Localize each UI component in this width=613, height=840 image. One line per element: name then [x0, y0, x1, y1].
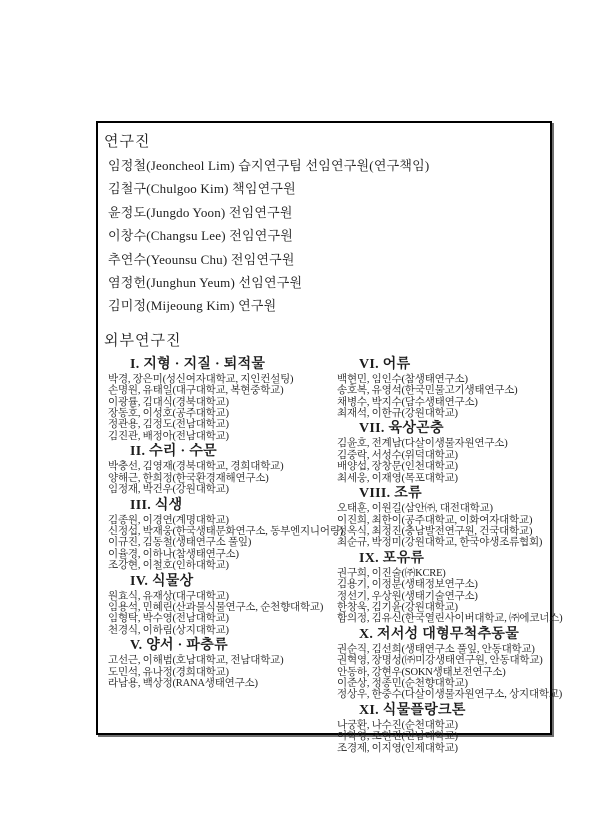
external-member-line: 천경식, 이하림(상지대학교) — [108, 625, 325, 636]
external-member-line: 원효식, 유재상(대구대학교) — [108, 591, 325, 602]
external-member-line: 조경제, 이지영(인제대학교) — [337, 743, 548, 754]
section-title-geomorphology: I. 지형 · 지질 · 퇴적물 — [130, 357, 325, 372]
external-member-line: 라남용, 백상정(RANA생태연구소) — [108, 678, 325, 689]
external-member-line: 함의정, 김유신(한국열린사이버대학교, ㈜에코너스) — [337, 613, 548, 624]
internal-member-line: 김미정(Mijeoung Kim) 연구원 — [108, 294, 548, 317]
external-member-line: 신정섭, 박재웅(한국생태문화연구소, 동부엔지니어링) — [108, 526, 325, 537]
external-member-line: 이규진, 김동철(생태연구소 풀잎) — [108, 537, 325, 548]
external-member-line: 김진관, 배정아(전남대학교) — [108, 431, 325, 442]
external-member-line: 권순직, 김선희(생태연구소 풀잎, 안동대학교) — [337, 644, 548, 655]
external-member-line: 최세웅, 이재영(목포대학교) — [337, 473, 548, 484]
external-member-line: 나궁환, 나수진(순천대학교) — [337, 720, 548, 731]
external-team-title: 외부연구진 — [104, 332, 548, 350]
external-member-line: 김윤호, 전계남(다살이생물자원연구소) — [337, 438, 548, 449]
internal-member-line: 이창수(Changsu Lee) 전임연구원 — [108, 224, 548, 247]
external-columns: I. 지형 · 지질 · 퇴적물 박경, 장은미(성신여자대학교, 지인컨설팅)… — [102, 355, 548, 754]
external-member-line: 이학영, 조현진(전남대학교) — [337, 731, 548, 742]
external-member-line: 채병수, 박지수(담수생태연구소) — [337, 397, 548, 408]
section-title-terrestrial-insects: VII. 육상곤충 — [359, 421, 548, 436]
external-member-line: 권구희, 이진술(㈜KCRE) — [337, 568, 548, 579]
section-title-amphibians-reptiles: V. 양서 · 파충류 — [130, 638, 325, 653]
external-member-line: 임용석, 민혜린(산과물식물연구소, 순천향대학교) — [108, 602, 325, 613]
internal-member-line: 김철구(Chulgoo Kim) 책임연구원 — [108, 177, 548, 200]
external-member-line: 최순규, 박정미(강원대학교, 한국야생조류협회) — [337, 537, 548, 548]
external-right-column: VI. 어류 백현민, 임인수(참생태연구소) 송호복, 유영석(한국민물고기생… — [325, 355, 548, 754]
internal-member-line: 윤정도(Jungdo Yoon) 전임연구원 — [108, 201, 548, 224]
external-left-column: I. 지형 · 지질 · 퇴적물 박경, 장은미(성신여자대학교, 지인컨설팅)… — [102, 355, 325, 754]
external-member-line: 김용기, 이정분(생태정보연구소) — [337, 579, 548, 590]
external-member-line: 도민석, 유나정(경희대학교) — [108, 667, 325, 678]
external-member-line: 안동하, 강현우(SOKN생태보전연구소) — [337, 667, 548, 678]
external-member-line: 임형탁, 박수영(전남대학교) — [108, 613, 325, 624]
external-member-line: 백현민, 임인수(참생태연구소) — [337, 374, 548, 385]
external-member-line: 장동호, 이성호(공주대학교) — [108, 408, 325, 419]
document-page: 연구진 임정철(Jeoncheol Lim) 습지연구팀 선임연구원(연구책임)… — [0, 0, 613, 840]
external-member-line: 김중락, 서성수(위덕대학교) — [337, 450, 548, 461]
section-title-mammals: IX. 포유류 — [359, 551, 548, 566]
external-member-line: 양해근, 한희정(한국환경재해연구소) — [108, 473, 325, 484]
external-member-line: 조강현, 이철호(인하대학교) — [108, 560, 325, 571]
external-member-line: 오태훈, 이원길(삼안㈜, 대전대학교) — [337, 503, 548, 514]
internal-team-title: 연구진 — [104, 133, 548, 151]
external-member-line: 김종원, 이경연(계명대학교) — [108, 515, 325, 526]
internal-member-line: 염정헌(Junghun Yeum) 선임연구원 — [108, 271, 548, 294]
internal-member-line: 임정철(Jeoncheol Lim) 습지연구팀 선임연구원(연구책임) — [108, 154, 548, 177]
external-member-line: 박충선, 김영재(경북대학교, 경희대학교) — [108, 461, 325, 472]
section-title-vegetation: III. 식생 — [130, 498, 325, 513]
section-title-hydrology: II. 수리 · 수문 — [130, 444, 325, 459]
section-title-birds: VIII. 조류 — [359, 486, 548, 501]
section-title-flora: IV. 식물상 — [130, 574, 325, 589]
external-member-line: 고선근, 이해범(호남대학교, 전남대학교) — [108, 655, 325, 666]
external-member-line: 임정재, 박건우(강원대학교) — [108, 484, 325, 495]
external-member-line: 한창욱, 김기윤(강원대학교) — [337, 602, 548, 613]
section-title-fish: VI. 어류 — [359, 357, 548, 372]
external-member-line: 이진희, 최한이(공주대학교, 이화여자대학교) — [337, 515, 548, 526]
external-member-line: 이광률, 김대식(경북대학교) — [108, 397, 325, 408]
external-member-line: 손명원, 유태일(대구대학교, 복현중학교) — [108, 385, 325, 396]
external-member-line: 이준상, 정종민(순천향대학교) — [337, 678, 548, 689]
external-member-line: 정상우, 한중수(다살이생물자원연구소, 상지대학교) — [337, 689, 548, 700]
section-title-phytoplankton: XI. 식물플랑크톤 — [359, 703, 548, 718]
external-member-line: 이율경, 이하나(참생태연구소) — [108, 549, 325, 560]
external-member-line: 권혁영, 장명성(㈜미강생태연구원, 안동대학교) — [337, 655, 548, 666]
external-member-line: 배양섭, 장창문(인천대학교) — [337, 461, 548, 472]
external-member-line: 정선기, 우상원(생태기술연구소) — [337, 591, 548, 602]
external-member-line: 박경, 장은미(성신여자대학교, 지인컨설팅) — [108, 374, 325, 385]
section-title-benthic-macroinvertebrates: X. 저서성 대형무척추동물 — [359, 627, 548, 642]
external-member-line: 정옥식, 최정진(충남발전연구원, 건국대학교) — [337, 526, 548, 537]
internal-member-line: 추연수(Yeounsu Chu) 전임연구원 — [108, 248, 548, 271]
external-member-line: 최재석, 이한규(강원대학교) — [337, 408, 548, 419]
external-member-line: 송호복, 유영석(한국민물고기생태연구소) — [337, 385, 548, 396]
researcher-list-box: 연구진 임정철(Jeoncheol Lim) 습지연구팀 선임연구원(연구책임)… — [96, 121, 552, 735]
external-member-line: 정관용, 김정도(전남대학교) — [108, 419, 325, 430]
